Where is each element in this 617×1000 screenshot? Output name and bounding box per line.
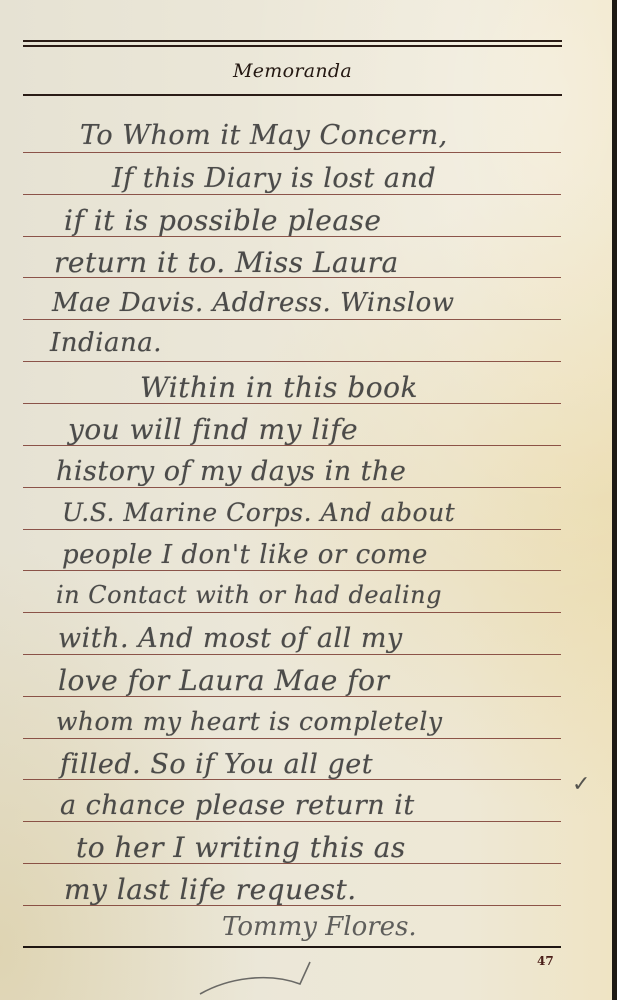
header-double-rule-top xyxy=(23,40,562,42)
handwritten-line: with. And most of all my xyxy=(58,625,403,652)
page-edge-shadow xyxy=(612,0,617,1000)
page-heading: Memoranda xyxy=(0,60,585,82)
ruled-line xyxy=(23,738,561,739)
handwritten-line: people I don't like or come xyxy=(62,542,428,568)
handwritten-line: return it to. Miss Laura xyxy=(54,249,399,277)
handwritten-line: you will find my life xyxy=(68,416,358,444)
ruled-line xyxy=(23,487,561,488)
page-number: 47 xyxy=(537,954,554,968)
handwritten-line: Within in this book xyxy=(140,374,418,402)
signature-flourish-icon xyxy=(198,958,318,998)
handwritten-line: whom my heart is completely xyxy=(56,709,443,734)
handwritten-line: in Contact with or had dealing xyxy=(56,583,442,607)
ruled-line xyxy=(23,570,561,571)
margin-check-mark-icon: ✓ xyxy=(572,772,590,797)
ruled-line xyxy=(23,194,561,195)
header-double-rule-bottom xyxy=(23,45,562,47)
handwritten-line: to her I writing this as xyxy=(76,834,406,862)
ruled-line xyxy=(23,612,561,613)
ruled-line xyxy=(23,152,561,153)
handwritten-line: love for Laura Mae for xyxy=(58,667,389,695)
handwritten-line: To Whom it May Concern, xyxy=(80,122,448,149)
handwritten-line: history of my days in the xyxy=(56,458,406,485)
ruled-line xyxy=(23,319,561,320)
ruled-line xyxy=(23,654,561,655)
diary-page: Memoranda To Whom it May Concern, If thi… xyxy=(0,0,612,1000)
heading-underline-rule xyxy=(23,94,562,96)
handwritten-line: Mae Davis. Address. Winslow xyxy=(52,290,454,316)
handwritten-line: Indiana. xyxy=(50,330,162,356)
ruled-line xyxy=(23,361,561,362)
handwritten-line: a chance please return it xyxy=(60,792,415,819)
ruled-line xyxy=(23,821,561,822)
handwritten-line: my last life request. xyxy=(64,876,357,904)
handwritten-line: filled. So if You all get xyxy=(60,751,373,778)
handwritten-line: If this Diary is lost and xyxy=(112,165,436,192)
ruled-line-bottom xyxy=(23,946,561,948)
handwritten-line: if it is possible please xyxy=(64,207,381,235)
ruled-line xyxy=(23,529,561,530)
signature: Tommy Flores. xyxy=(222,912,417,942)
handwritten-line: U.S. Marine Corps. And about xyxy=(62,500,455,525)
